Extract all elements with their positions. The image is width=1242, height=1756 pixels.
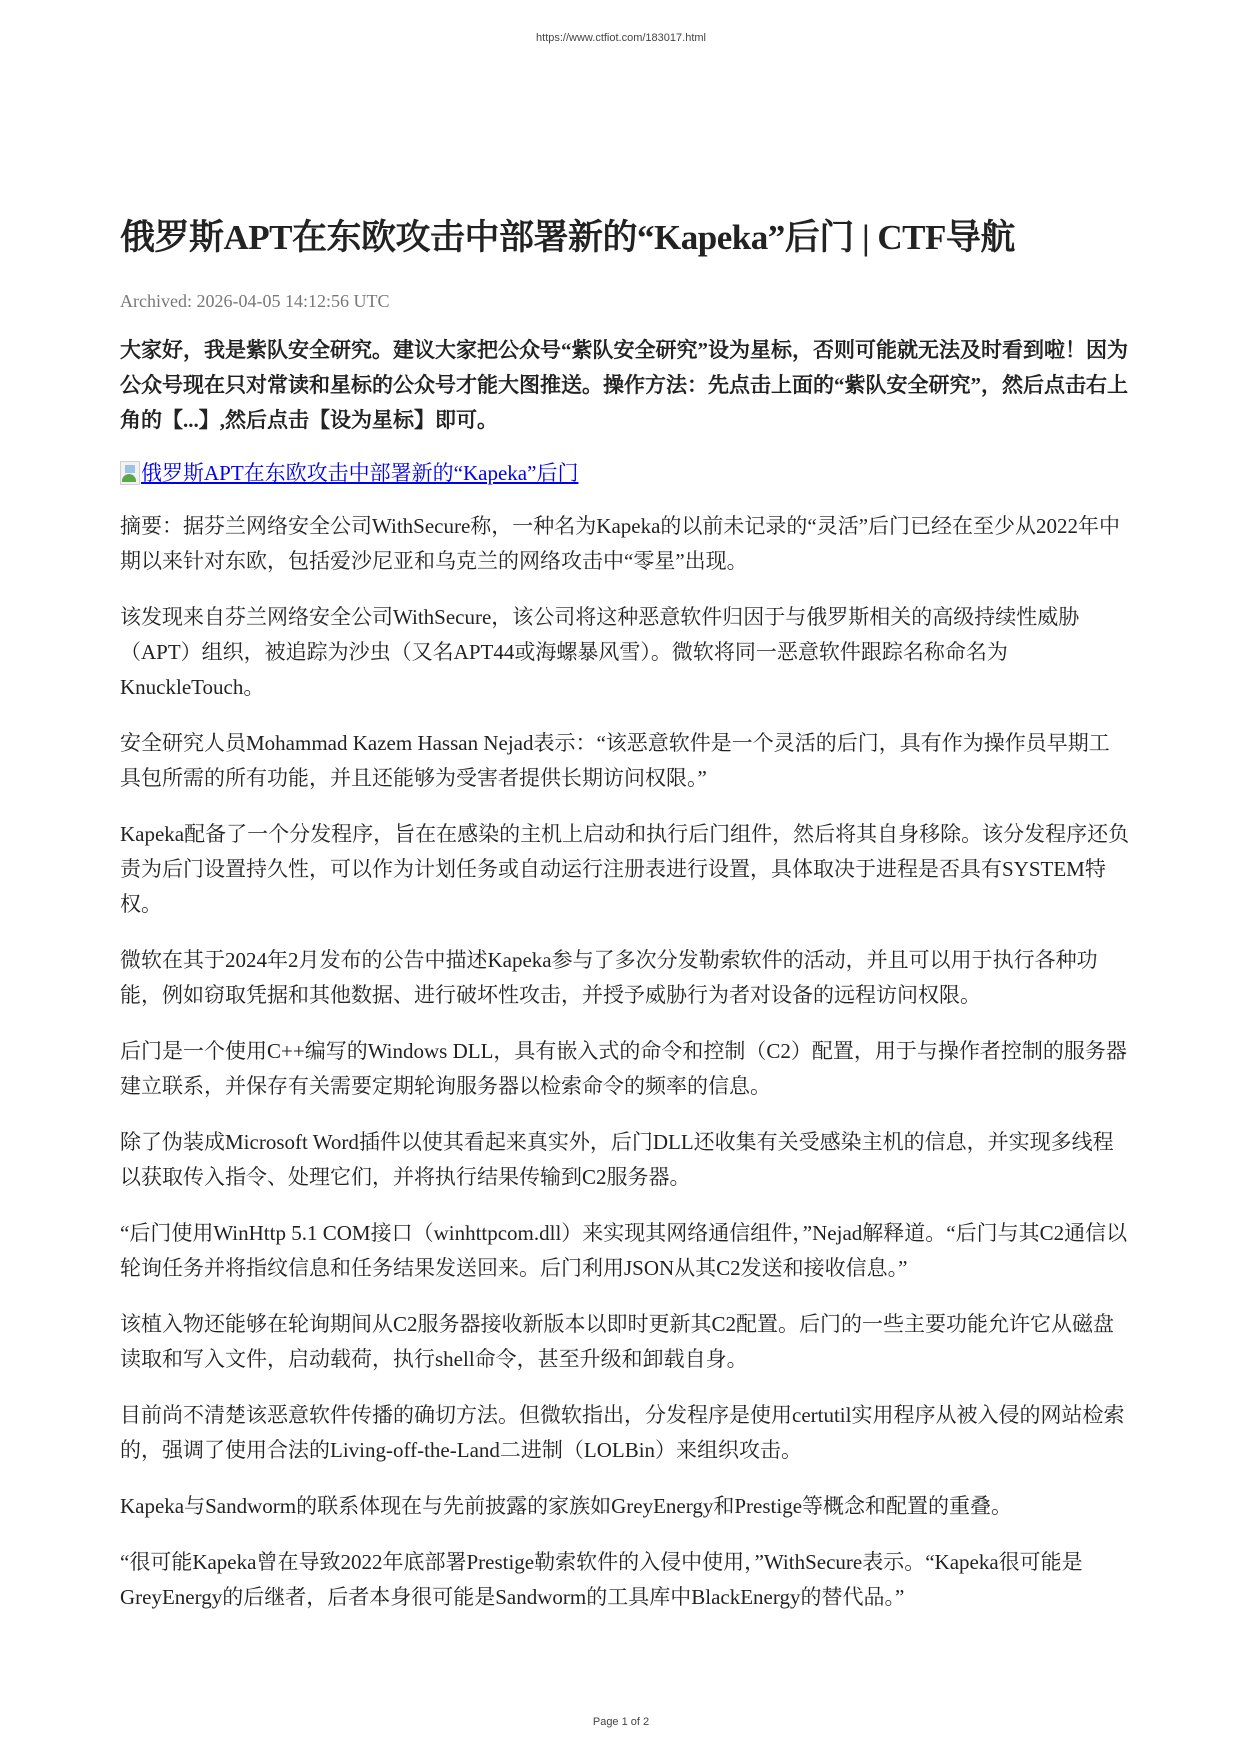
paragraph: Kapeka与Sandworm的联系体现在与先前披露的家族如GreyEnergy… bbox=[120, 1489, 1130, 1524]
page-url-header: https://www.ctfiot.com/183017.html bbox=[0, 32, 1242, 44]
article-title: 俄罗斯APT在东欧攻击中部署新的“Kapeka”后门 | CTF导航 bbox=[120, 208, 1130, 268]
paragraph: 目前尚不清楚该恶意软件传播的确切方法。但微软指出，分发程序是使用certutil… bbox=[120, 1398, 1130, 1468]
paragraph: 微软在其于2024年2月发布的公告中描述Kapeka参与了多次分发勒索软件的活动… bbox=[120, 943, 1130, 1013]
paragraph: 后门是一个使用C++编写的Windows DLL，具有嵌入式的命令和控制（C2）… bbox=[120, 1034, 1130, 1104]
broken-image-icon bbox=[120, 461, 140, 485]
paragraph: 除了伪装成Microsoft Word插件以使其看起来真实外，后门DLL还收集有… bbox=[120, 1125, 1130, 1195]
paragraph: “后门使用WinHttp 5.1 COM接口（winhttpcom.dll）来实… bbox=[120, 1216, 1130, 1286]
paragraph: Kapeka配备了一个分发程序，旨在在感染的主机上启动和执行后门组件，然后将其自… bbox=[120, 817, 1130, 922]
paragraph: 该发现来自芬兰网络安全公司WithSecure，该公司将这种恶意软件归因于与俄罗… bbox=[120, 600, 1130, 705]
page-number: Page 1 of 2 bbox=[0, 1716, 1242, 1728]
paragraph-summary: 摘要：据芬兰网络安全公司WithSecure称，一种名为Kapeka的以前未记录… bbox=[120, 509, 1130, 579]
image-alt-link[interactable]: 俄罗斯APT在东欧攻击中部署新的“Kapeka”后门 bbox=[141, 458, 578, 488]
paragraph: “很可能Kapeka曾在导致2022年底部署Prestige勒索软件的入侵中使用… bbox=[120, 1545, 1130, 1615]
article-image-link[interactable]: 俄罗斯APT在东欧攻击中部署新的“Kapeka”后门 bbox=[120, 458, 1130, 488]
paragraph: 该植入物还能够在轮询期间从C2服务器接收新版本以即时更新其C2配置。后门的一些主… bbox=[120, 1307, 1130, 1377]
archived-timestamp: Archived: 2026-04-05 14:12:56 UTC bbox=[120, 289, 1130, 313]
intro-paragraph: 大家好，我是紫队安全研究。建议大家把公众号“紫队安全研究”设为星标，否则可能就无… bbox=[120, 333, 1130, 438]
paragraph: 安全研究人员Mohammad Kazem Hassan Nejad表示：“该恶意… bbox=[120, 726, 1130, 796]
article-content: 俄罗斯APT在东欧攻击中部署新的“Kapeka”后门 | CTF导航 Archi… bbox=[120, 208, 1130, 1636]
